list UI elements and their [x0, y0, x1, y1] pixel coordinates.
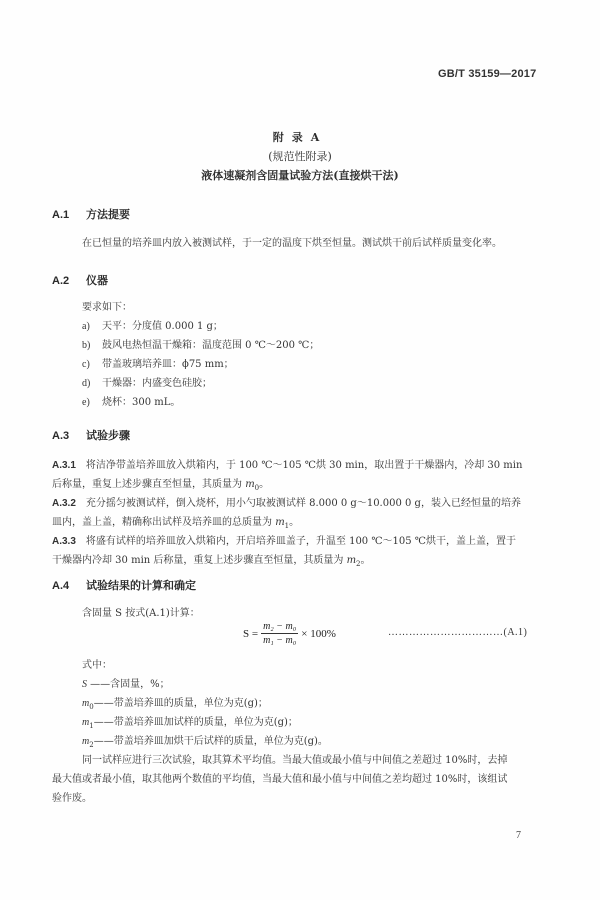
section-heading-a2: A.2仪器 — [52, 272, 108, 288]
clause-end: 。 — [289, 517, 299, 528]
clause-line1: 将盛有试样的培养皿放入烘箱内，开启培养皿盖子，升温至 100 ℃～105 ℃烘干… — [86, 536, 516, 547]
item-text: 天平：分度值 0.000 1 g； — [102, 321, 223, 332]
item-text: 带盖玻璃培养皿：ϕ75 mm； — [102, 359, 234, 370]
section-number: A.4 — [52, 580, 86, 592]
clause-line2: 干燥器内冷却 30 min 后称量，重复上述步骤直至恒量，其质量为 — [52, 555, 347, 566]
instrument-item: b)鼓风电热恒温干燥箱：温度范围 0 ℃～200 ℃； — [82, 336, 319, 355]
var-text: ——带盖培养皿加烘干后试样的质量，单位为克(g)。 — [94, 736, 328, 747]
section-body-a1: 在已恒量的培养皿内放入被测试样，于一定的温度下烘至恒量。测试烘干前后试样质量变化… — [82, 234, 502, 253]
item-label: d) — [82, 374, 102, 393]
formula-a1: S = m₂ − m₀ m₁ − m₀ × 100% — [243, 621, 336, 646]
clause-a3-2: A.3.2充分摇匀被测试样，倒入烧杯，用小勺取被测试样 8.000 0 g～10… — [52, 494, 552, 536]
page-number: 7 — [516, 830, 521, 841]
item-label: b) — [82, 336, 102, 355]
section-number: A.1 — [52, 209, 86, 221]
section-title: 试验结果的计算和确定 — [86, 579, 196, 592]
section-title: 方法提要 — [86, 208, 130, 221]
item-label: a) — [82, 317, 102, 336]
where-label: 式中： — [82, 656, 112, 675]
instrument-intro: 要求如下： — [82, 298, 132, 317]
formula-lhs: S = — [243, 628, 258, 640]
annex-title: 附录A — [0, 129, 600, 145]
annex-name: 液体速凝剂含固量试验方法(直接烘干法) — [0, 167, 600, 183]
section-title: 仪器 — [86, 274, 108, 287]
var-text: ——含固量，%； — [87, 679, 170, 690]
item-text: 烧杯：300 mL。 — [102, 397, 180, 408]
clause-line2: 后称量，重复上述步骤直至恒量，其质量为 — [52, 479, 245, 490]
instrument-item: d)干燥器：内盛变色硅胶； — [82, 374, 212, 393]
section-heading-a3: A.3试验步骤 — [52, 427, 130, 443]
section-number: A.2 — [52, 275, 86, 287]
formula-numerator: m₂ − m₀ — [261, 621, 298, 634]
section-title: 试验步骤 — [86, 429, 130, 442]
mass-symbol: m — [347, 555, 356, 566]
formula-fraction: m₂ − m₀ m₁ − m₀ — [261, 621, 298, 646]
item-text: 干燥器：内盛变色硅胶； — [102, 378, 212, 389]
clause-a3-3: A.3.3将盛有试样的培养皿放入烘箱内，开启培养皿盖子，升温至 100 ℃～10… — [52, 532, 552, 574]
var-text: ——带盖培养皿加试样的质量，单位为克(g)； — [94, 717, 298, 728]
section-heading-a1: A.1方法提要 — [52, 206, 130, 222]
standard-number: GB/T 35159—2017 — [438, 68, 536, 80]
instrument-item: a)天平：分度值 0.000 1 g； — [82, 317, 223, 336]
formula-multiplier: × 100% — [301, 628, 336, 640]
clause-line1: 将洁净带盖培养皿放入烘箱内，于 100 ℃～105 ℃烘 30 min，取出置于… — [86, 460, 523, 471]
clause-number: A.3.2 — [52, 498, 76, 509]
item-label: c) — [82, 355, 102, 374]
conclusion-line1: 同一试样应进行三次试验，取其算术平均值。当最大值或最小值与中间值之差超过 10%… — [82, 751, 552, 770]
clause-end: 。 — [361, 555, 371, 566]
instrument-item: e)烧杯：300 mL。 — [82, 393, 180, 412]
section-heading-a4: A.4试验结果的计算和确定 — [52, 577, 196, 593]
variable-definition: S ——含固量，%； — [82, 675, 170, 694]
var-text: ——带盖培养皿的质量，单位为克(g)； — [94, 698, 268, 709]
formula-tag: ……………………………(A.1) — [388, 627, 527, 638]
clause-number: A.3.3 — [52, 536, 76, 547]
item-text: 鼓风电热恒温干燥箱：温度范围 0 ℃～200 ℃； — [102, 340, 319, 351]
document-page: GB/T 35159—2017 附录A (规范性附录) 液体速凝剂含固量试验方法… — [0, 0, 600, 900]
conclusion-line3: 验作废。 — [52, 789, 552, 808]
clause-end: 。 — [259, 479, 269, 490]
annex-type: (规范性附录) — [0, 148, 600, 164]
mass-symbol: m — [245, 479, 254, 490]
clause-number: A.3.1 — [52, 460, 76, 471]
formula-denominator: m₁ − m₀ — [261, 634, 298, 646]
clause-line2: 皿内，盖上盖，精确称出试样及培养皿的总质量为 — [52, 517, 275, 528]
section-number: A.3 — [52, 430, 86, 442]
clause-line1: 充分摇匀被测试样，倒入烧杯，用小勺取被测试样 8.000 0 g～10.000 … — [86, 498, 521, 509]
conclusion-line2: 最大值或者最小值，取其他两个数值的平均值，当最大值和最小值与中间值之差均超过 1… — [52, 770, 552, 789]
formula-intro: 含固量 S 按式(A.1)计算： — [82, 604, 200, 623]
instrument-item: c)带盖玻璃培养皿：ϕ75 mm； — [82, 355, 234, 374]
item-label: e) — [82, 393, 102, 412]
clause-a3-1: A.3.1将洁净带盖培养皿放入烘箱内，于 100 ℃～105 ℃烘 30 min… — [52, 456, 552, 498]
mass-symbol: m — [275, 517, 284, 528]
